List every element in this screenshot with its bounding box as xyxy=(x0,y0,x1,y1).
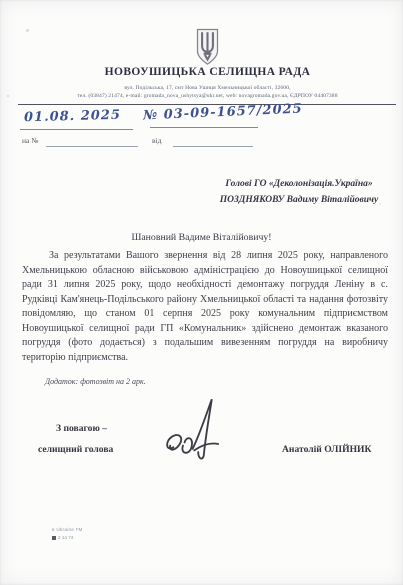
addressee-block: Голові ГО «Деколонізація.Україна» ПОЗДНЯ… xyxy=(205,177,393,208)
addressee-name: ПОЗДНЯКОВУ Вадиму Віталійовичу xyxy=(205,193,393,209)
reply-from-date-underline xyxy=(173,146,253,147)
salutation: Шановний Вадиме Віталійовичу! xyxy=(0,232,403,243)
attachment-note: Додаток: фотозвіт на 2 арк. xyxy=(45,377,146,386)
handwritten-signature xyxy=(158,396,240,468)
footer-square-icon xyxy=(52,536,56,540)
signer-position: селищний голова xyxy=(38,444,113,455)
scan-speck xyxy=(7,95,9,97)
footer-stamp-line1: в Ukraine ГМ xyxy=(52,527,83,532)
ukraine-trident-icon xyxy=(195,26,220,68)
org-address-line: вул. Подільська, 17, смт Нова Ушиця Хмел… xyxy=(12,84,403,92)
reply-to-number-underline xyxy=(46,146,138,147)
addressee-title: Голові ГО «Деколонізація.Україна» xyxy=(205,177,393,193)
handwritten-date: 01.08. 2025 xyxy=(24,108,121,126)
closing-phrase: З повагою – xyxy=(56,423,107,434)
reply-to-number-label: на № xyxy=(22,136,38,145)
footer-stamp-line2: 2 14 74 xyxy=(52,535,73,540)
number-underline xyxy=(150,127,258,128)
letter-body-paragraph: За результатами Вашого звернення від 28 … xyxy=(22,249,388,365)
signer-name: Анатолій ОЛІЙНИК xyxy=(282,444,371,455)
organization-name: НОВОУШИЦЬКА СЕЛИЩНА РАДА xyxy=(12,66,403,78)
reply-from-date-label: від xyxy=(152,136,161,145)
scanned-letter-page: НОВОУШИЦЬКА СЕЛИЩНА РАДА вул. Подільська… xyxy=(0,0,403,585)
org-contact-line: тел. (03847) 21474, e-mail: gromada_nova… xyxy=(12,92,403,100)
footer-stamp-number: 2 14 74 xyxy=(58,535,73,540)
scan-speck xyxy=(379,203,381,205)
date-underline xyxy=(20,129,133,130)
scan-speck xyxy=(26,29,29,32)
